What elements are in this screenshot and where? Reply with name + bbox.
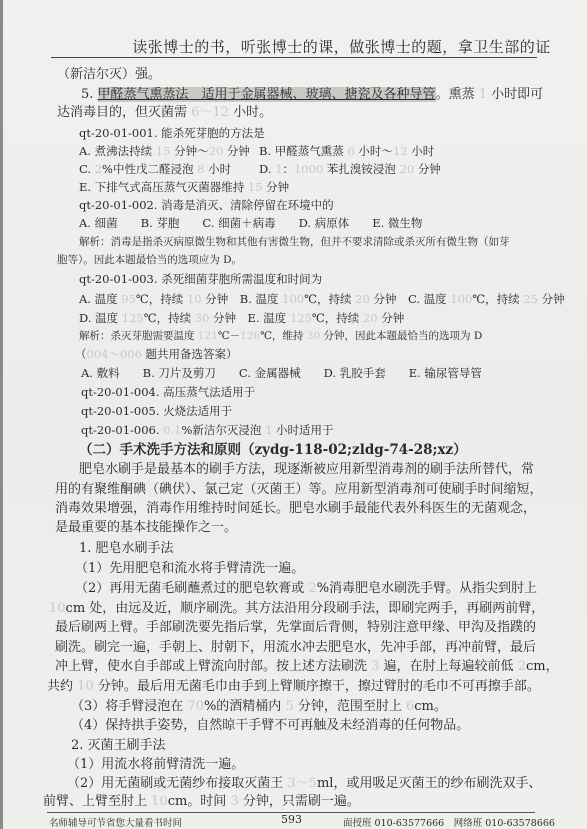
step-line: （3）将手臂浸泡在 70%的酒精桶内 5 分钟，范围至肘上 6cm。 <box>71 698 447 716</box>
step-line: （1）先用肥皂和流水将手臂清洗一遍。 <box>75 560 304 578</box>
question-option: E. 下排气式高压蒸气灭菌器维持 15 分钟 <box>79 178 289 196</box>
paragraph-line: 是最重要的基本技能操作之一。 <box>55 519 237 537</box>
explanation: 解析：消毒是指杀灭病原微生物和其他有害微生物，但并不要求清除或杀灭所有微生物（如… <box>79 233 510 251</box>
step-line: 最后刷两上臂。手部刷洗要先指后掌，先掌面后背侧，特别注意甲缘、甲沟及指蹼的 <box>55 619 536 637</box>
question-001: qt-20-01-001. 能杀死芽胞的方法是 <box>79 124 265 142</box>
question-002: qt-20-01-002. 消毒是消灭、清除停留在环境中的 <box>79 196 334 214</box>
heading-method-5: 5. 甲醛蒸气熏蒸法 适用于金属器械、玻璃、搪瓷及各种导管。熏蒸 1 小时即可 <box>81 86 543 104</box>
question-option: B. 甲醛蒸气熏蒸 6 小时～12 小时 <box>259 142 434 160</box>
paragraph-line: 肥皂水刷手是最基本的刷手方法，现逐渐被应用新型消毒剂的刷手法所替代，常 <box>79 461 534 479</box>
question-options: A. 细菌 B. 芽胞 C. 细菌＋病毒 D. 病原体 E. 微生物 <box>79 214 422 232</box>
step-line: 刷洗。刷完一遍，手朝上、肘朝下，用流水冲去肥皂水，先冲手部，再冲前臂，最后 <box>55 639 536 657</box>
step-line: （1）用流水将前臂清洗一遍。 <box>67 756 244 774</box>
step-line: 前臂、上臂至肘上 10cm。时间 3 分钟，只需刷一遍。 <box>43 793 360 811</box>
section-heading: （二）手术洗手方法和原则（zydg-118-02;zldg-74-28;xz） <box>79 441 467 459</box>
step-line: 共约 10 分钟。最后用无菌毛巾由手到上臂顺序擦干，擦过臂肘的毛巾不可再擦手部。 <box>47 678 540 696</box>
step-line: （2）用无菌刷或无菌纱布接取灭菌王 3～5ml，或用吸足灭菌王的纱布刷洗双手、 <box>67 775 541 793</box>
text-line: （新洁尔灭）强。 <box>57 66 161 84</box>
paragraph-line: 用的有聚维酮碘（碘伏）、氯己定（灭菌王）等。应用新型消毒剂可使刷手时间缩短， <box>55 481 543 499</box>
shared-answers-note: （004～006 题共用备选答案） <box>75 345 238 363</box>
footer-contact: 面授班 010-63577666 网络班 010-63578666 <box>343 815 555 829</box>
header-divider <box>51 57 537 58</box>
page-number: 593 <box>281 813 302 826</box>
question-006: qt-20-01-006. 0.1%新洁尔灭浸泡 1 小时适用于 <box>81 421 334 439</box>
explanation: 胞等）。因此本题最恰当的选项应为 D。 <box>57 251 242 269</box>
footer-left: 名师辅导可节省您大量看书时间 <box>49 815 182 829</box>
question-005: qt-20-01-005. 火烧法适用于 <box>81 402 232 420</box>
page-header-title: 读张博士的书，听张博士的课，做张博士的题，拿卫生部的证 <box>3 36 587 57</box>
shared-options: A. 敷料 B. 刀片及剪刀 C. 金属器械 D. 乳胶手套 E. 输尿管导管 <box>81 364 482 382</box>
question-option: C. 2%中性戊二醛浸泡 8 小时 <box>79 160 231 178</box>
question-004: qt-20-01-004. 高压蒸气法适用于 <box>81 383 255 401</box>
highlighted-text: 甲醛蒸气熏蒸法 适用于金属器械、玻璃、搪瓷及各种导管 <box>98 87 436 102</box>
document-page: 读张博士的书，听张博士的课，做张博士的题，拿卫生部的证 （新洁尔灭）强。 5. … <box>0 0 587 829</box>
step-line: （4）保持拱手姿势，自然晾干手臂不可再触及未经消毒的任何物品。 <box>71 717 469 735</box>
step-line: 冲上臂，使水自手部或上臂流向肘部。按上述方法刷洗 3 遍，在肘上每遍较前低 2c… <box>55 658 559 676</box>
text-line: 达消毒目的，但灭菌需 6～12 小时。 <box>57 104 272 122</box>
question-options: D. 温度 125℃，持续 30 分钟 E. 温度 125℃，持续 20 分钟 <box>79 309 404 327</box>
step-line: 10cm 处，由远及近，顺序刷洗。其方法沿用分段刷手法，即刷完两手，再刷两前臂， <box>49 600 544 618</box>
step-line: （2）再用无菌毛刷蘸煮过的肥皂软膏或 2%消毒肥皂水刷洗手臂。从指尖到肘上 <box>75 580 537 598</box>
question-option: D. 1：1000 苯扎溴铵浸泡 20 分钟 <box>259 160 441 178</box>
question-options: A. 温度 95℃，持续 10 分钟 B. 温度 100℃，持续 20 分钟 C… <box>79 290 565 308</box>
question-003: qt-20-01-003. 杀死细菌芽胞所需温度和时间为 <box>79 270 322 288</box>
question-option: A. 煮沸法持续 15 分钟～20 分钟 <box>79 142 250 160</box>
subheading: 1. 肥皂水刷手法 <box>79 540 174 558</box>
paragraph-line: 消毒效果增强，消毒作用维持时间延长。肥皂水刷手最能代表外科医生的无菌观念， <box>55 500 536 518</box>
explanation: 解析：杀灭芽胞需要温度 121℃－126℃，维持 30 分钟，因此本题最恰当的选… <box>79 327 482 345</box>
subheading: 2. 灭菌王刷手法 <box>71 737 166 755</box>
